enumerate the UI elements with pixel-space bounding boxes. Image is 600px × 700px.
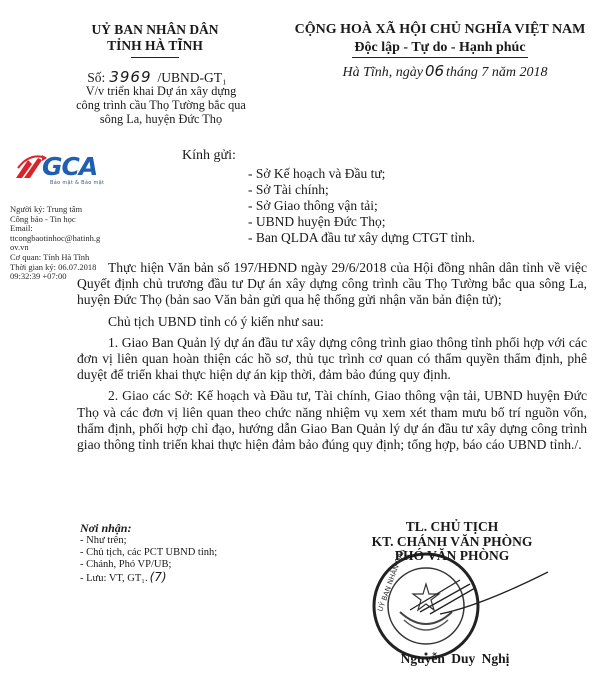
doc-number-suffix: /UBND-GT₁ [158,70,227,85]
signature-block: TL. CHỦ TỊCH KT. CHÁNH VĂN PHÒNG PHÓ VĂN… [352,520,552,564]
place-prefix: Hà Tĩnh, ngày [342,65,423,80]
distribution-list: Nơi nhận: - Như trên; - Chủ tịch, các PC… [80,522,300,585]
distribution-title: Nơi nhận: [80,522,300,534]
distribution-item: - Chánh, Phó VP/UB; [80,559,300,571]
org-name-line1: UỶ BAN NHÂN DÂN [70,22,240,38]
recipient-item: - UBND huyện Đức Thọ; [248,214,475,230]
recipients-label: Kính gửi: [182,148,236,164]
logo-tagline: Bảo mật & Bảo mật [50,180,104,186]
body-paragraph: 2. Giao các Sở: Kế hoạch và Đầu tư, Tài … [77,388,587,453]
digital-signature-logo: GCA Bảo mật & Bảo mật [10,148,110,188]
signer-name: Nguyễn Duy Nghị [380,651,530,667]
signer-title: PHÓ VĂN PHÒNG [352,549,552,564]
document-subject: V/v triển khai Dự án xây dựng công trình… [76,84,246,126]
distribution-item: - Chủ tịch, các PCT UBND tỉnh; [80,547,300,559]
national-motto: Độc lập - Tự do - Hạnh phúc [352,39,527,58]
logo-text: GCA [42,152,97,181]
signer-authority: TL. CHỦ TỊCH [352,520,552,535]
body-paragraph: Thực hiện Văn bản số 197/HĐND ngày 29/6/… [77,260,587,309]
date-day: 06 [425,62,444,80]
recipient-item: - Ban QLDA đầu tư xây dựng CTGT tỉnh. [248,230,475,246]
handwritten-signature [400,570,550,620]
body-paragraph: 1. Giao Ban Quản lý dự án đầu tư xây dựn… [77,335,587,384]
org-name-line2: TỈNH HÀ TĨNH [70,38,240,54]
signer-position: KT. CHÁNH VĂN PHÒNG [352,535,552,550]
distribution-item: - Lưu: VT, GT₁.(7) [80,571,300,585]
distribution-item-text: - Lưu: VT, GT₁. [80,573,148,584]
recipient-item: - Sở Giao thông vận tải; [248,198,475,214]
nation-name: CỘNG HOÀ XÃ HỘI CHỦ NGHĨA VIỆT NAM [290,22,590,38]
date-month-year: tháng 7 năm 2018 [446,65,548,80]
recipient-item: - Sở Tài chính; [248,182,475,198]
recipients-list: - Sở Kế hoạch và Đầu tư; - Sở Tài chính;… [248,166,475,246]
national-header: CỘNG HOÀ XÃ HỘI CHỦ NGHĨA VIỆT NAM Độc l… [290,22,590,58]
distribution-item: - Như trên; [80,535,300,547]
doc-number-prefix: Số: [87,70,105,85]
place-date: Hà Tĩnh, ngày06tháng 7 năm 2018 [305,62,585,81]
body-paragraph: Chủ tịch UBND tỉnh có ý kiến như sau: [77,314,587,330]
divider [131,57,179,58]
issuing-authority: UỶ BAN NHÂN DÂN TỈNH HÀ TĨNH [70,22,240,58]
handwritten-mark: (7) [150,570,167,584]
recipient-item: - Sở Kế hoạch và Đầu tư; [248,166,475,182]
document-body: Thực hiện Văn bản số 197/HĐND ngày 29/6/… [77,260,587,458]
